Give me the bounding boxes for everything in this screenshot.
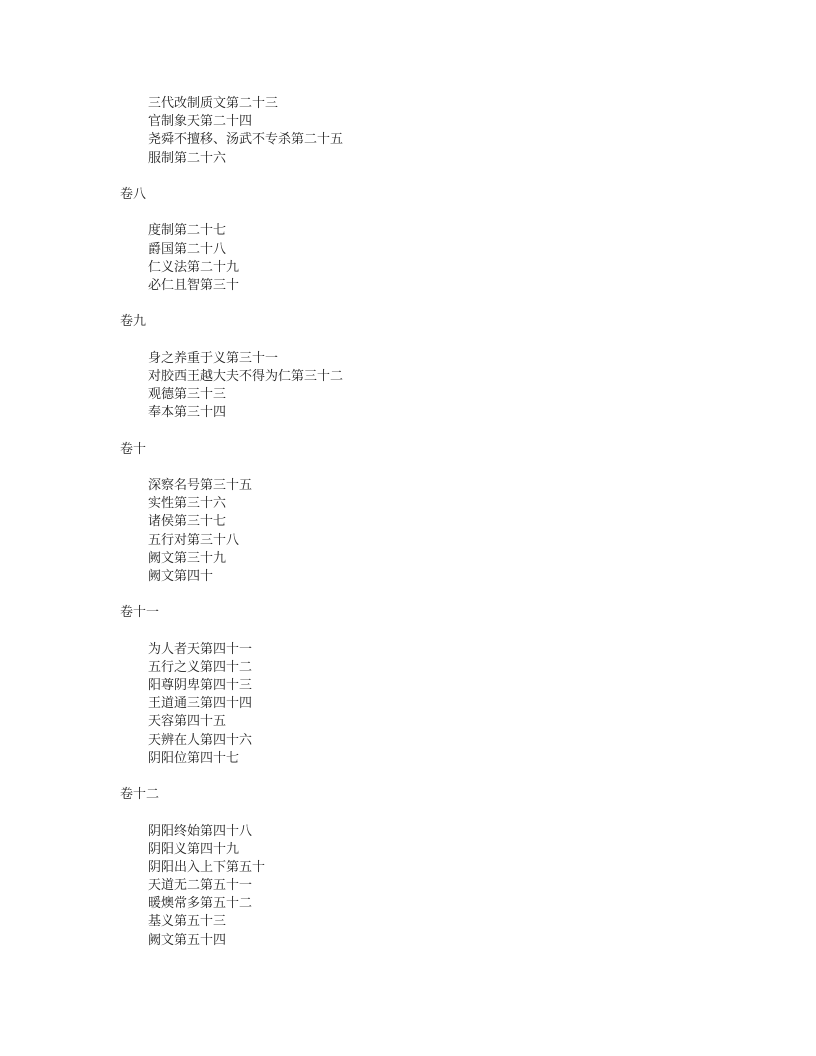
chapter-item: 五行之义第四十二 xyxy=(148,659,720,677)
chapter-item: 爵国第二十八 xyxy=(148,241,720,259)
chapter-item: 天容第四十五 xyxy=(148,713,720,731)
chapter-item: 阴阳终始第四十八 xyxy=(148,823,720,841)
chapter-item: 阴阳位第四十七 xyxy=(148,750,720,768)
chapter-item: 阙文第五十四 xyxy=(148,932,720,950)
chapter-item: 为人者天第四十一 xyxy=(148,641,720,659)
chapter-item: 天辨在人第四十六 xyxy=(148,732,720,750)
chapter-item: 仁义法第二十九 xyxy=(148,259,720,277)
chapter-item: 阴阳义第四十九 xyxy=(148,841,720,859)
chapter-item: 阙文第三十九 xyxy=(148,550,720,568)
chapter-list-10: 深察名号第三十五 实性第三十六 诸侯第三十七 五行对第三十八 阙文第三十九 阙文… xyxy=(120,477,720,586)
chapter-item: 三代改制质文第二十三 xyxy=(148,95,720,113)
chapter-item: 阴阳出入上下第五十 xyxy=(148,859,720,877)
volume-heading-8: 卷八 xyxy=(120,186,720,204)
chapter-list-11: 为人者天第四十一 五行之义第四十二 阳尊阴卑第四十三 王道通三第四十四 天容第四… xyxy=(120,641,720,768)
chapter-item: 必仁且智第三十 xyxy=(148,277,720,295)
chapter-item: 身之养重于义第三十一 xyxy=(148,350,720,368)
volume-heading-12: 卷十二 xyxy=(120,786,720,804)
chapter-item: 阙文第四十 xyxy=(148,568,720,586)
volume-heading-10: 卷十 xyxy=(120,441,720,459)
chapter-item: 诸侯第三十七 xyxy=(148,513,720,531)
chapter-item: 官制象天第二十四 xyxy=(148,113,720,131)
volume-heading-11: 卷十一 xyxy=(120,604,720,622)
chapter-item: 阳尊阴卑第四十三 xyxy=(148,677,720,695)
chapter-item: 基义第五十三 xyxy=(148,913,720,931)
table-of-contents: 三代改制质文第二十三 官制象天第二十四 尧舜不擅移、汤武不专杀第二十五 服制第二… xyxy=(120,95,720,950)
chapter-item: 天道无二第五十一 xyxy=(148,877,720,895)
chapter-item: 实性第三十六 xyxy=(148,495,720,513)
chapter-item: 观德第三十三 xyxy=(148,386,720,404)
chapter-list-8: 度制第二十七 爵国第二十八 仁义法第二十九 必仁且智第三十 xyxy=(120,222,720,295)
chapter-list-9: 身之养重于义第三十一 对胶西王越大夫不得为仁第三十二 观德第三十三 奉本第三十四 xyxy=(120,350,720,423)
chapter-item: 度制第二十七 xyxy=(148,222,720,240)
chapter-list-continued: 三代改制质文第二十三 官制象天第二十四 尧舜不擅移、汤武不专杀第二十五 服制第二… xyxy=(120,95,720,168)
chapter-item: 五行对第三十八 xyxy=(148,532,720,550)
chapter-item: 对胶西王越大夫不得为仁第三十二 xyxy=(148,368,720,386)
chapter-item: 王道通三第四十四 xyxy=(148,695,720,713)
chapter-item: 暖燠常多第五十二 xyxy=(148,895,720,913)
chapter-item: 服制第二十六 xyxy=(148,150,720,168)
volume-heading-9: 卷九 xyxy=(120,313,720,331)
chapter-item: 尧舜不擅移、汤武不专杀第二十五 xyxy=(148,131,720,149)
chapter-item: 奉本第三十四 xyxy=(148,404,720,422)
chapter-list-12: 阴阳终始第四十八 阴阳义第四十九 阴阳出入上下第五十 天道无二第五十一 暖燠常多… xyxy=(120,823,720,950)
chapter-item: 深察名号第三十五 xyxy=(148,477,720,495)
